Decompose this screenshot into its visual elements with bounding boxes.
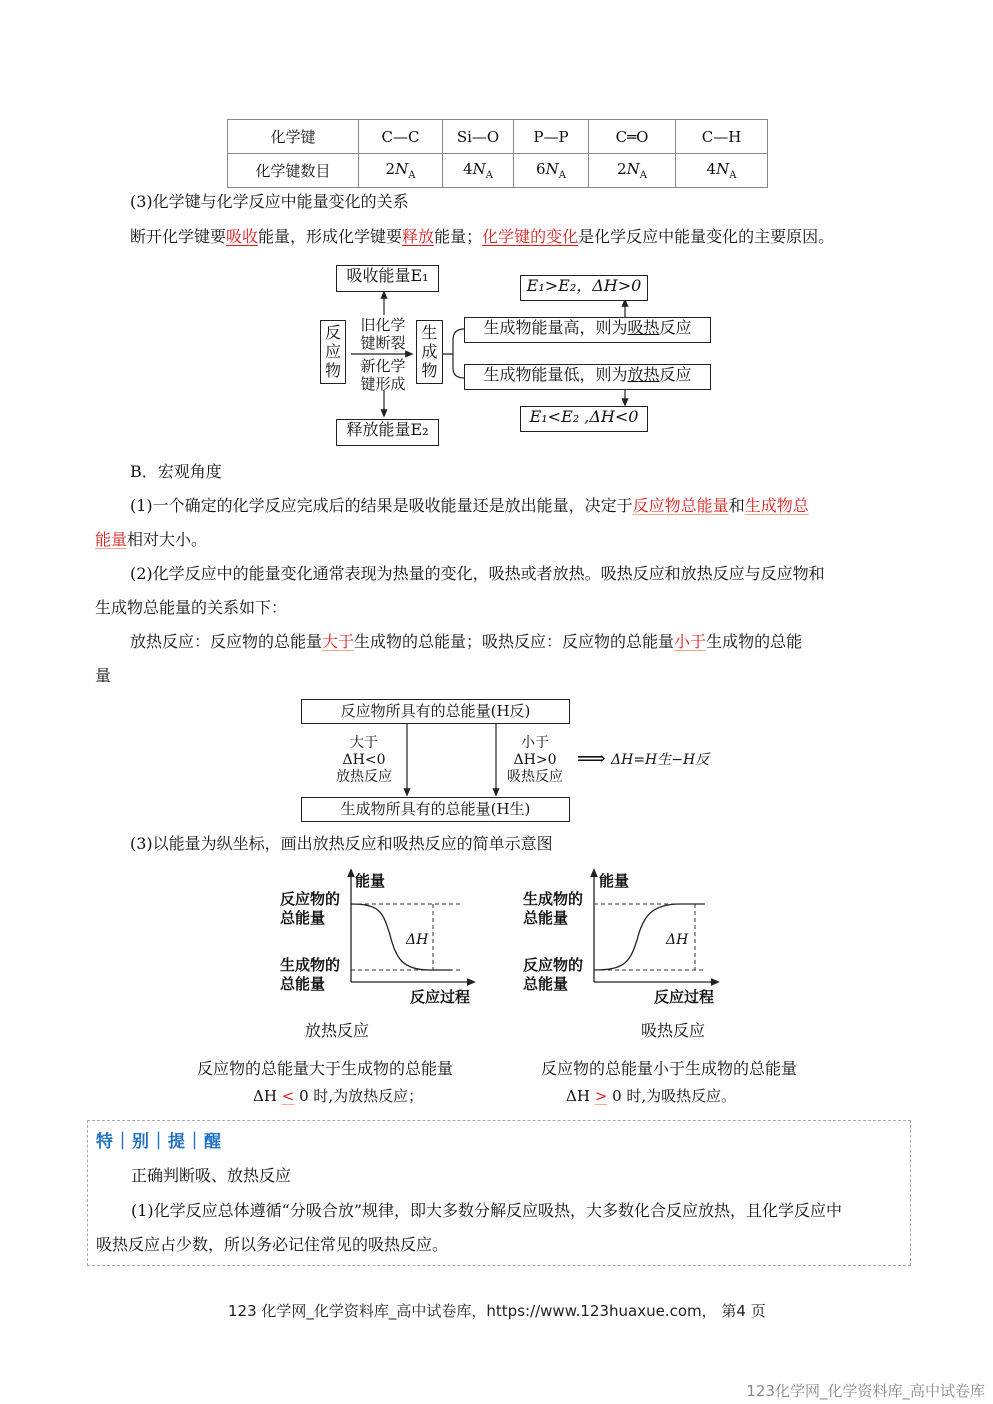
special-reminder-box: 特｜别｜提｜醒 正确判断吸、放热反应 (1)化学反应总体遵循“分吸合放”规律，即… [87, 1120, 911, 1266]
paragraph: (1)化学反应总体遵循“分吸合放”规律，即大多数分解反应吸热，大多数化合反应放热… [131, 1201, 842, 1221]
answer-highlight: > [595, 1087, 608, 1105]
reminder-subtitle: 正确判断吸、放热反应 [131, 1166, 291, 1186]
reminder-title: 特｜别｜提｜醒 [96, 1127, 222, 1152]
bottom-level-label: 反应物的总能量 [523, 956, 583, 994]
endothermic-condition: ΔH > 0 时,为吸热反应。 [566, 1086, 736, 1106]
x-axis-label: 反应过程 [654, 986, 714, 1007]
delta-h-label: ΔH [666, 932, 688, 948]
endothermic-summary: 反应物的总能量小于生成物的总能量 [541, 1059, 797, 1079]
y-axis-label: 能量 [599, 870, 629, 891]
paragraph: 吸热反应占少数，所以务必记住常见的吸热反应。 [96, 1235, 448, 1255]
page-footer: 123 化学网_化学资料库_高中试卷库，https://www.123huaxu… [228, 1300, 766, 1321]
top-level-label: 生成物的总能量 [523, 890, 583, 928]
exothermic-summary: 反应物的总能量大于生成物的总能量 [197, 1059, 453, 1079]
answer-highlight: < [282, 1087, 295, 1105]
exothermic-condition: ΔH < 0 时,为放热反应； [253, 1086, 423, 1106]
endothermic-chart-plot [0, 0, 993, 1100]
watermark: 123化学网_化学资料库_高中试卷库 [746, 1380, 985, 1401]
chart-caption: 吸热反应 [641, 1021, 705, 1041]
